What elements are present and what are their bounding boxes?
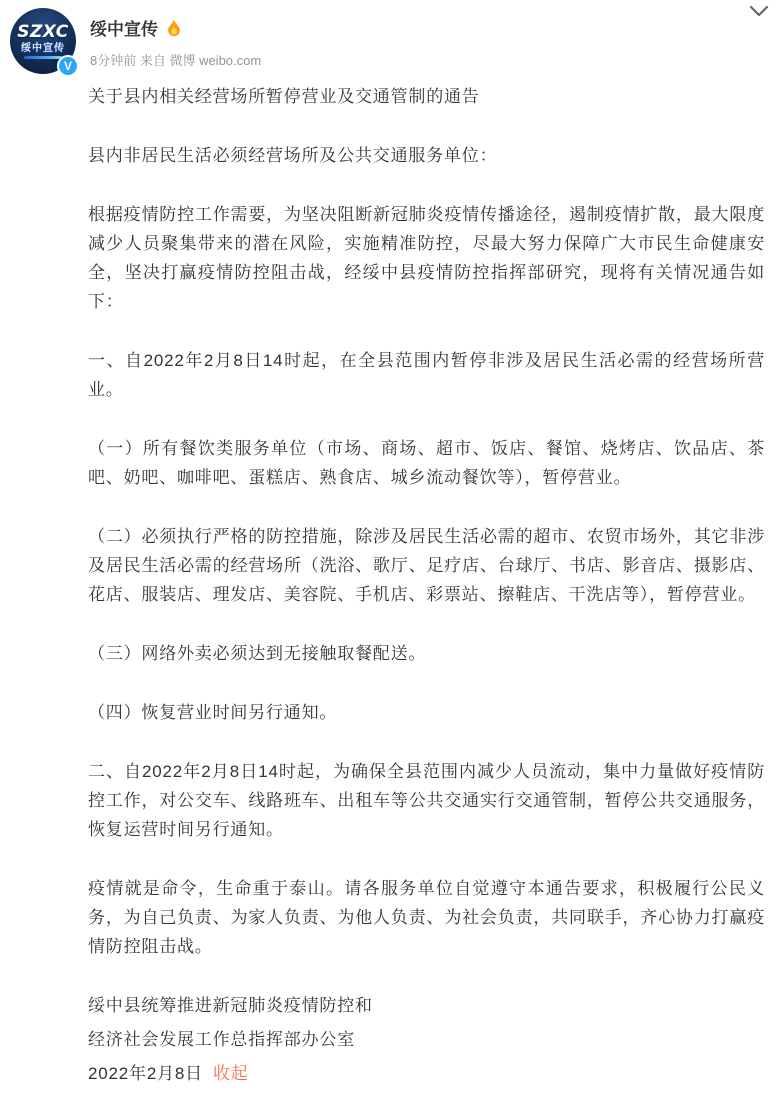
date-row: 2022年2月8日收起 — [88, 1059, 765, 1088]
chevron-down-icon[interactable] — [749, 5, 769, 19]
post-paragraph: 疫情就是命令，生命重于泰山。请各服务单位自觉遵守本通告要求，积极履行公民义务，为… — [88, 874, 765, 961]
avatar-logo-subtext: 绥中宣传 — [21, 44, 65, 54]
signature-line: 经济社会发展工作总指挥部办公室 — [88, 1025, 765, 1054]
avatar-logo-text: SZXC — [17, 24, 69, 41]
post-meta: 8分钟前 来自 微博 weibo.com — [90, 50, 261, 69]
collapse-link[interactable]: 收起 — [213, 1064, 249, 1083]
avatar-logo-bar — [24, 56, 62, 59]
post-header: SZXC 绥中宣传 V 绥中宣传 8分钟前 来自 微博 weibo.com — [0, 0, 783, 74]
post-content: 关于县内相关经营场所暂停营业及交通管制的通告 县内非居民生活必须经营场所及公共交… — [0, 74, 783, 1088]
post-paragraph: 一、自2022年2月8日14时起，在全县范围内暂停非涉及居民生活必需的经营场所营… — [88, 346, 765, 404]
post-paragraph: （四）恢复营业时间另行通知。 — [88, 698, 765, 727]
username[interactable]: 绥中宣传 — [90, 15, 158, 40]
post-paragraph: 根据疫情防控工作需要，为坚决阻断新冠肺炎疫情传播途径，遏制疫情扩散，最大限度减少… — [88, 200, 765, 316]
post-paragraph: 县内非居民生活必须经营场所及公共交通服务单位： — [88, 141, 765, 170]
verified-letter: V — [64, 59, 72, 73]
post-paragraph: （二）必须执行严格的防控措施，除涉及居民生活必需的超市、农贸市场外，其它非涉及居… — [88, 522, 765, 609]
avatar[interactable]: SZXC 绥中宣传 V — [10, 8, 76, 74]
flame-icon — [165, 19, 183, 37]
post-title: 关于县内相关经营场所暂停营业及交通管制的通告 — [88, 82, 765, 111]
signature-line: 绥中县统筹推进新冠肺炎疫情防控和 — [88, 991, 765, 1020]
post-paragraph: （一）所有餐饮类服务单位（市场、商场、超市、饭店、餐馆、烧烤店、饮品店、茶吧、奶… — [88, 434, 765, 492]
post-date: 2022年2月8日 — [88, 1064, 203, 1083]
header-text: 绥中宣传 8分钟前 来自 微博 weibo.com — [90, 8, 261, 74]
post-paragraph: 二、自2022年2月8日14时起，为确保全县范围内减少人员流动，集中力量做好疫情… — [88, 757, 765, 844]
post-paragraph: （三）网络外卖必须达到无接触取餐配送。 — [88, 639, 765, 668]
verified-badge-icon: V — [57, 55, 79, 77]
